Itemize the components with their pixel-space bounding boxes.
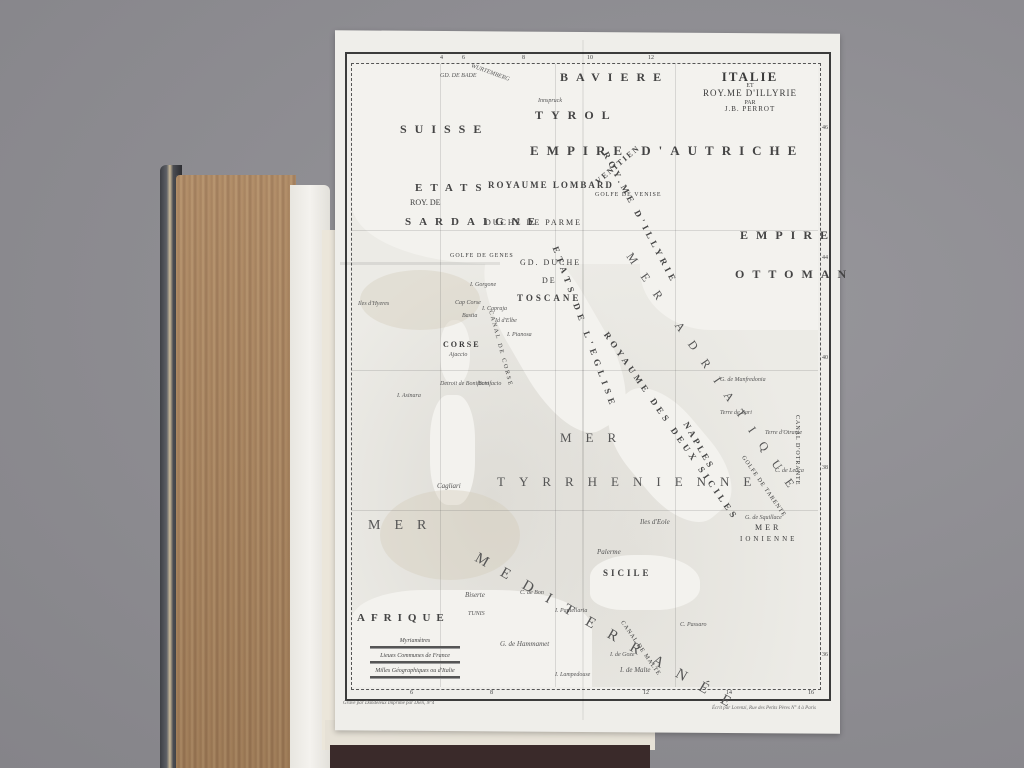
label-de: DE	[542, 276, 557, 285]
label-mer-tyrrhenienne-2: TYRRHENIENNE	[497, 474, 765, 490]
label-suisse: SUISSE	[400, 122, 489, 137]
label-golfe-genes: GOLFE DE GENES	[450, 253, 514, 259]
tick-top: 12	[648, 55, 654, 61]
place-ile-elbe: Id d'Elbe	[495, 318, 517, 324]
tick-right: 46	[822, 125, 828, 131]
place-bonifacio: Bonifacio	[478, 381, 501, 387]
label-afrique: AFRIQUE	[357, 612, 450, 624]
place-bastia: Bastia	[462, 313, 477, 319]
label-baviere: BAVIERE	[560, 70, 669, 85]
tick-right: 44	[822, 255, 828, 261]
place-i-de-malte: I. de Malte	[620, 666, 651, 674]
map-subtitle: ROY.ME D'ILLYRIE	[695, 89, 805, 98]
scale-title: Myriamètres	[370, 638, 460, 644]
imprint-writer: Écrit par Lorenzi, Rue des Petits Pères …	[712, 706, 816, 711]
book-page-edges	[176, 175, 296, 768]
scale-bar	[370, 661, 460, 664]
place-lampedouse: I. Lampedouse	[555, 672, 590, 678]
place-iles-hyeres: Iles d'Hyeres	[358, 301, 389, 307]
label-gd-bade: GD. DE BADE	[440, 73, 477, 79]
place-c-de-bon: C. de Bon	[520, 590, 544, 596]
scale-label-milles: Milles Géographiques ou d'Italie	[370, 668, 460, 674]
label-mer-ionienne-1: MER	[755, 523, 781, 532]
place-iles-eolie: Iles d'Eole	[640, 518, 670, 526]
place-capraja: I. Capraja	[482, 306, 507, 312]
place-g-manfredonia: G. de Manfredonia	[720, 377, 766, 383]
place-c-de-leuca: C. de Leuca	[775, 468, 804, 474]
tick-top: 10	[587, 55, 593, 61]
imprint-engraver: Gravé par Dandeleux Imprimé par Dien, N°…	[343, 701, 434, 706]
place-terre-bari: Terre de Bari	[720, 410, 752, 416]
label-mer-mediterranee-1: MER	[368, 518, 440, 534]
label-canal-otrante: CANAL D'OTRANTE	[794, 415, 800, 485]
tick-top: 4	[440, 55, 443, 61]
tick-right: 40	[822, 355, 828, 361]
place-cagliari: Cagliari	[437, 482, 461, 490]
tick-bottom: 14	[726, 690, 732, 696]
tick-bottom: 16	[808, 690, 814, 696]
label-empire: EMPIRE	[740, 228, 836, 243]
place-ajaccio: Ajaccio	[449, 352, 467, 358]
label-mer-ionienne-2: IONIENNE	[740, 535, 797, 543]
tick-right: 36	[822, 652, 828, 658]
tick-bottom: 12	[643, 690, 649, 696]
map-author: J.B. PERROT	[695, 106, 805, 113]
place-gorgone: I. Gorgone	[470, 282, 496, 288]
tick-bottom: 8	[490, 690, 493, 696]
label-tyrol: TYROL	[535, 108, 618, 123]
place-pantellaria: I. Pantellaria	[555, 608, 587, 614]
place-i-de-gozo: I. de Goze	[610, 652, 635, 658]
place-pianosa: I. Pianosa	[507, 332, 532, 338]
tick-bottom: 6	[410, 690, 413, 696]
map-title: ITALIE	[695, 70, 805, 83]
label-sicile: SICILE	[603, 568, 652, 578]
tick-top: 6	[462, 55, 465, 61]
label-etats: ETATS	[415, 182, 489, 194]
label-ottoman: OTTOMAN	[735, 267, 854, 282]
label-mer-tyrrhenienne-1: MER	[560, 430, 630, 446]
label-duche-parme: DUCHE DE PARME	[485, 218, 582, 227]
label-grand-duche: GD. DUCHE	[520, 258, 581, 267]
book-binding-strip	[330, 745, 650, 768]
label-empire-autriche: EMPIRE D'AUTRICHE	[530, 143, 804, 159]
label-corse: CORSE	[443, 340, 481, 349]
scale-bar	[370, 676, 460, 679]
scale-bar	[370, 646, 460, 649]
tick-right: 38	[822, 465, 828, 471]
place-asinara: I. Asinara	[397, 393, 421, 399]
place-cap-corse: Cap Corse	[455, 300, 481, 306]
label-golfe-venise: GOLFE DE VENISE	[595, 192, 662, 198]
place-c-passaro: C. Passaro	[680, 622, 706, 628]
map-title-cartouche: ITALIE ET ROY.ME D'ILLYRIE PAR J.B. PERR…	[695, 70, 805, 135]
place-palerme: Palerme	[597, 548, 621, 556]
place-g-squillace: G. de Squillace	[745, 515, 782, 521]
place-innsbruck: Innspruck	[538, 98, 562, 104]
place-bizerte: Biserte	[465, 591, 485, 599]
place-terre-otrante: Terre d'Otrante	[765, 430, 802, 436]
sheet-horizontal-fold	[340, 262, 500, 265]
place-g-hammamet: G. de Hammamet	[500, 640, 549, 648]
label-roy-de: ROY. DE	[410, 198, 441, 207]
tick-top: 8	[522, 55, 525, 61]
place-tunis: TUNIS	[468, 611, 485, 617]
scale-label-lieues: Lieues Communes de France	[370, 653, 460, 659]
map-scale-bars: Myriamètres Lieues Communes de France Mi…	[370, 638, 460, 683]
